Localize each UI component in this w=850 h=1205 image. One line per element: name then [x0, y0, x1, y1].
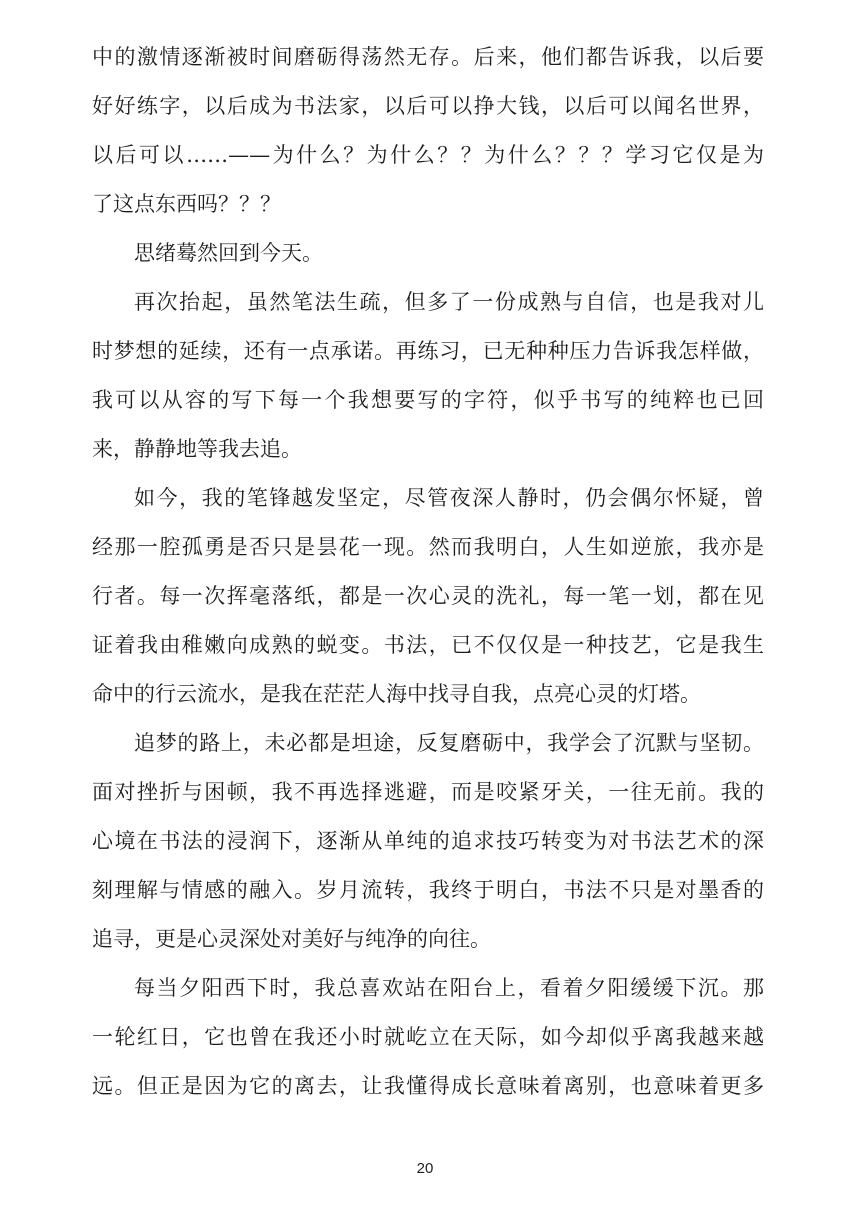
paragraph: 思绪蓦然回到今天。 — [92, 229, 764, 278]
text-line: 命中的行云流水，是我在茫茫人海中找寻自我，点亮心灵的灯塔。 — [92, 670, 764, 719]
text-line: 证着我由稚嫩向成熟的蜕变。书法，已不仅仅是一种技艺，它是我生 — [92, 621, 764, 670]
text-line: 一轮红日，它也曾在我还小时就屹立在天际，如今却似乎离我越来越 — [92, 1013, 764, 1062]
text-line: 经那一腔孤勇是否只是昙花一现。然而我明白，人生如逆旅，我亦是 — [92, 523, 764, 572]
page-number: 20 — [0, 1160, 850, 1177]
text-line: 以后可以……——为什么？为什么？？为什么？？？学习它仅是为 — [92, 131, 764, 180]
text-line: 好好练字，以后成为书法家，以后可以挣大钱，以后可以闻名世界， — [92, 82, 764, 131]
paragraph: 如今，我的笔锋越发坚定，尽管夜深人静时，仍会偶尔怀疑，曾 经那一腔孤勇是否只是昙… — [92, 474, 764, 719]
text-line: 了这点东西吗？？？ — [92, 180, 764, 229]
text-line: 行者。每一次挥毫落纸，都是一次心灵的洗礼，每一笔一划，都在见 — [92, 572, 764, 621]
text-line: 心境在书法的浸润下，逐渐从单纯的追求技巧转变为对书法艺术的深 — [92, 817, 764, 866]
text-line: 思绪蓦然回到今天。 — [92, 229, 764, 278]
text-line: 时梦想的延续，还有一点承诺。再练习，已无种种压力告诉我怎样做， — [92, 327, 764, 376]
text-line: 追寻，更是心灵深处对美好与纯净的向往。 — [92, 915, 764, 964]
paragraph: 再次抬起，虽然笔法生疏，但多了一份成熟与自信，也是我对儿 时梦想的延续，还有一点… — [92, 278, 764, 474]
text-line: 刻理解与情感的融入。岁月流转，我终于明白，书法不只是对墨香的 — [92, 866, 764, 915]
text-line: 远。但正是因为它的离去，让我懂得成长意味着离别，也意味着更多 — [92, 1062, 764, 1111]
essay-text-block: 中的激情逐渐被时间磨砺得荡然无存。后来，他们都告诉我，以后要 好好练字，以后成为… — [92, 33, 764, 1111]
paragraph: 追梦的路上，未必都是坦途，反复磨砺中，我学会了沉默与坚韧。 面对挫折与困顿，我不… — [92, 719, 764, 964]
paragraph: 中的激情逐渐被时间磨砺得荡然无存。后来，他们都告诉我，以后要 好好练字，以后成为… — [92, 33, 764, 229]
text-line: 我可以从容的写下每一个我想要写的字符，似乎书写的纯粹也已回 — [92, 376, 764, 425]
text-line: 中的激情逐渐被时间磨砺得荡然无存。后来，他们都告诉我，以后要 — [92, 33, 764, 82]
text-line: 每当夕阳西下时，我总喜欢站在阳台上，看着夕阳缓缓下沉。那 — [92, 964, 764, 1013]
paragraph: 每当夕阳西下时，我总喜欢站在阳台上，看着夕阳缓缓下沉。那 一轮红日，它也曾在我还… — [92, 964, 764, 1111]
document-page: 中的激情逐渐被时间磨砺得荡然无存。后来，他们都告诉我，以后要 好好练字，以后成为… — [0, 0, 850, 1205]
text-line: 来，静静地等我去追。 — [92, 425, 764, 474]
text-line: 再次抬起，虽然笔法生疏，但多了一份成熟与自信，也是我对儿 — [92, 278, 764, 327]
text-line: 如今，我的笔锋越发坚定，尽管夜深人静时，仍会偶尔怀疑，曾 — [92, 474, 764, 523]
text-line: 面对挫折与困顿，我不再选择逃避，而是咬紧牙关，一往无前。我的 — [92, 768, 764, 817]
text-line: 追梦的路上，未必都是坦途，反复磨砺中，我学会了沉默与坚韧。 — [92, 719, 764, 768]
